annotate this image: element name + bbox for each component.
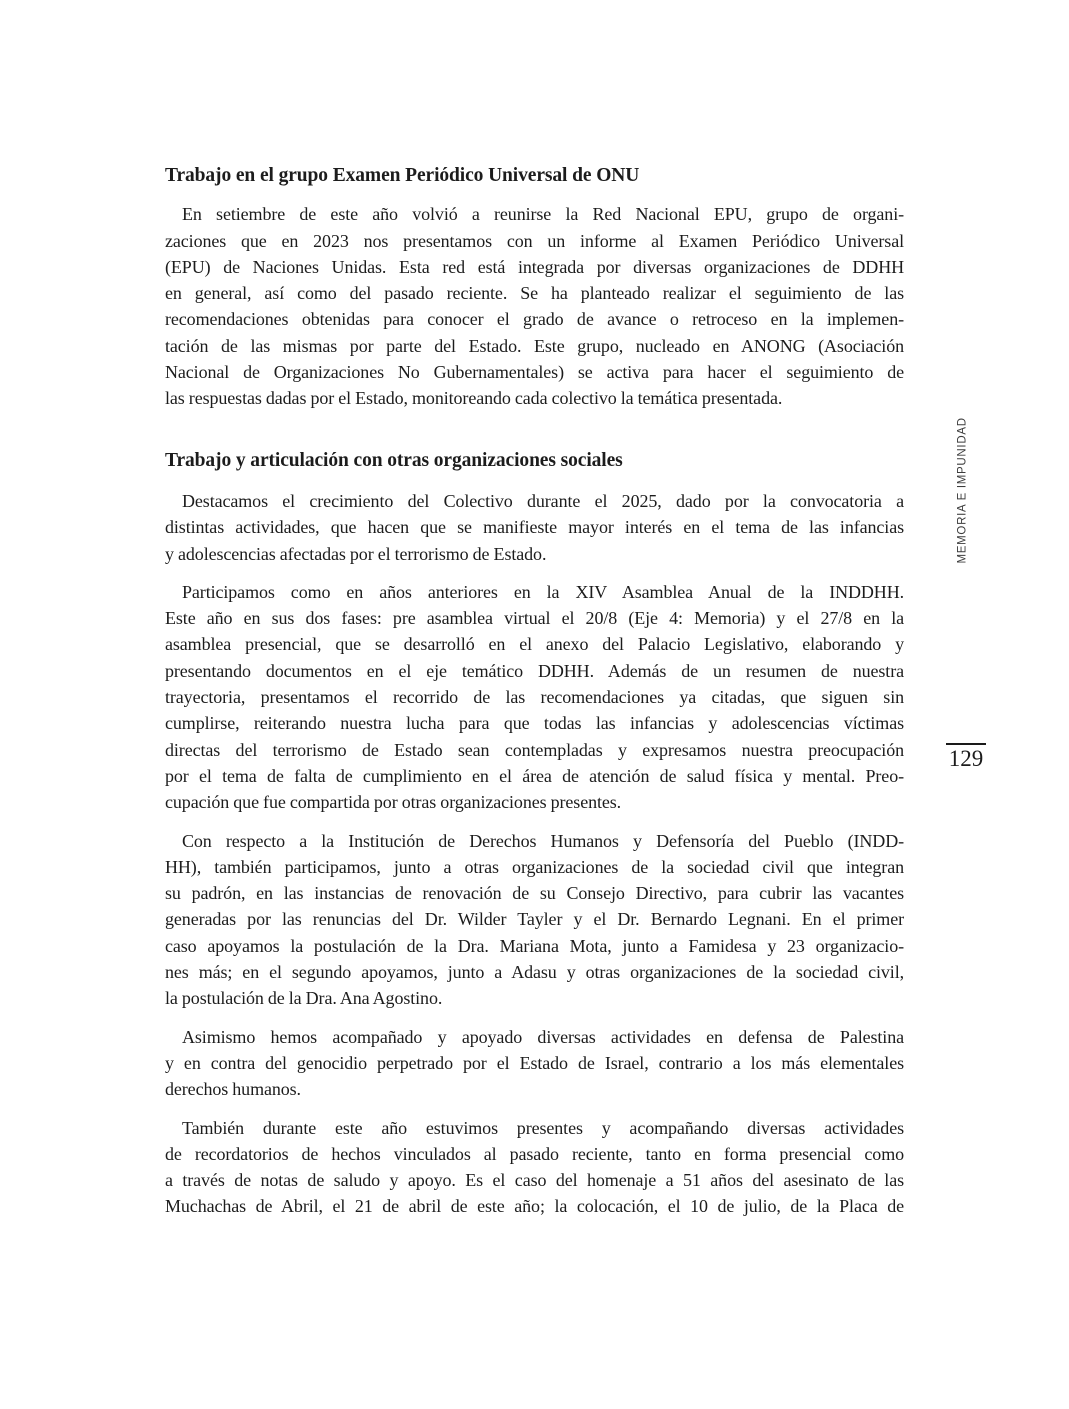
text-line: a través de notas de saludo y apoyo. Es … bbox=[165, 1167, 904, 1193]
text-line: En setiembre de este año volvió a reunir… bbox=[165, 201, 904, 227]
text-line: trayectoria, presentamos el recorrido de… bbox=[165, 684, 904, 710]
paragraph: Participamos como en años anteriores en … bbox=[165, 579, 904, 816]
text-line: caso apoyamos la postulación de la Dra. … bbox=[165, 933, 904, 959]
text-line: Nacional de Organizaciones No Gubernamen… bbox=[165, 359, 904, 385]
page-number-text: 129 bbox=[949, 746, 984, 771]
text-column: Trabajo en el grupo Examen Periódico Uni… bbox=[165, 163, 904, 1232]
paragraph: Asimismo hemos acompañado y apoyado dive… bbox=[165, 1024, 904, 1103]
text-line: HH), también participamos, junto a otras… bbox=[165, 854, 904, 880]
text-line: y en contra del genocidio perpetrado por… bbox=[165, 1050, 904, 1076]
text-line: Muchachas de Abril, el 21 de abril de es… bbox=[165, 1193, 904, 1219]
text-line: También durante este año estuvimos prese… bbox=[165, 1115, 904, 1141]
text-line: presentando documentos en el eje temátic… bbox=[165, 658, 904, 684]
page-number: 129 bbox=[946, 743, 986, 771]
margin-section-label: MEMORIA E IMPUNIDAD bbox=[957, 420, 972, 564]
text-line: (EPU) de Naciones Unidas. Esta red está … bbox=[165, 254, 904, 280]
text-line: cumplirse, reiterando nuestra lucha para… bbox=[165, 710, 904, 736]
page-number-rule bbox=[946, 743, 986, 745]
paragraph: En setiembre de este año volvió a reunir… bbox=[165, 201, 904, 411]
text-line: Asimismo hemos acompañado y apoyado dive… bbox=[165, 1024, 904, 1050]
text-line: directas del terrorismo de Estado sean c… bbox=[165, 737, 904, 763]
text-line: zaciones que en 2023 nos presentamos con… bbox=[165, 228, 904, 254]
paragraph: También durante este año estuvimos prese… bbox=[165, 1115, 904, 1220]
text-line: Este año en sus dos fases: pre asamblea … bbox=[165, 605, 904, 631]
text-line: tación de las mismas por parte del Estad… bbox=[165, 333, 904, 359]
text-line: Participamos como en años anteriores en … bbox=[165, 579, 904, 605]
text-line: asamblea presencial, que se desarrolló e… bbox=[165, 631, 904, 657]
text-line: nes más; en el segundo apoyamos, junto a… bbox=[165, 959, 904, 985]
paragraph: Destacamos el crecimiento del Colectivo … bbox=[165, 488, 904, 567]
text-line: y adolescencias afectadas por el terrori… bbox=[165, 541, 904, 567]
text-line: generadas por las renuncias del Dr. Wild… bbox=[165, 906, 904, 932]
document-page: Trabajo en el grupo Examen Periódico Uni… bbox=[0, 0, 1069, 1409]
text-line: su padrón, en las instancias de renovaci… bbox=[165, 880, 904, 906]
text-line: la postulación de la Dra. Ana Agostino. bbox=[165, 985, 904, 1011]
text-line: Con respecto a la Institución de Derecho… bbox=[165, 828, 904, 854]
text-line: Destacamos el crecimiento del Colectivo … bbox=[165, 488, 904, 514]
text-line: por el tema de falta de cumplimiento en … bbox=[165, 763, 904, 789]
section-heading: Trabajo en el grupo Examen Periódico Uni… bbox=[165, 163, 904, 189]
text-line: derechos humanos. bbox=[165, 1076, 904, 1102]
paragraph: Con respecto a la Institución de Derecho… bbox=[165, 828, 904, 1012]
text-line: cupación que fue compartida por otras or… bbox=[165, 789, 904, 815]
text-line: las respuestas dadas por el Estado, moni… bbox=[165, 385, 904, 411]
text-line: en general, así como del pasado reciente… bbox=[165, 280, 904, 306]
text-line: distintas actividades, que hacen que se … bbox=[165, 514, 904, 540]
text-line: recomendaciones obtenidas para conocer e… bbox=[165, 306, 904, 332]
section-heading: Trabajo y articulación con otras organiz… bbox=[165, 448, 904, 474]
text-line: de recordatorios de hechos vinculados al… bbox=[165, 1141, 904, 1167]
